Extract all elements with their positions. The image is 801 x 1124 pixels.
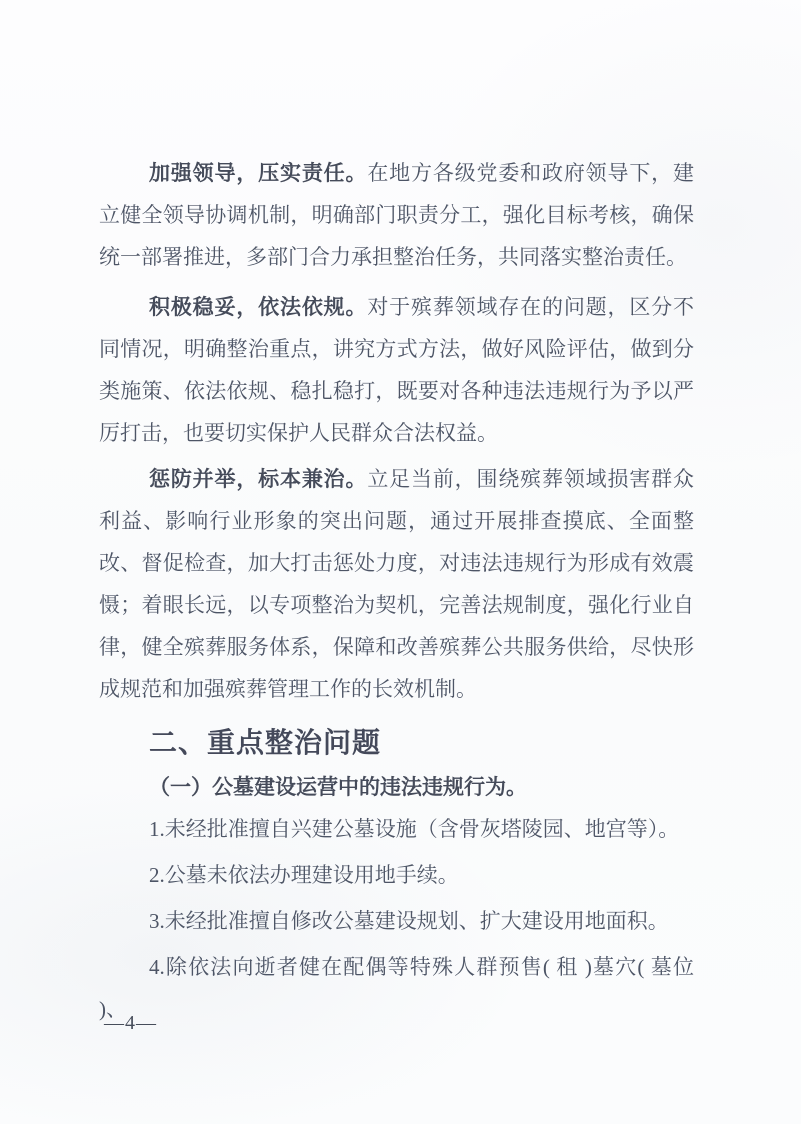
paragraph-lead: 积极稳妥，依法依规。 xyxy=(149,295,367,319)
paragraph-proactive-lawful: 积极稳妥，依法依规。对于殡葬领域存在的问题，区分不同情况，明确整治重点，讲究方式… xyxy=(99,286,694,454)
list-item-4: 4.除依法向逝者健在配偶等特殊人群预售( 租 )墓穴( 墓位 )、 xyxy=(99,946,694,1030)
paragraph-lead: 加强领导，压实责任。 xyxy=(149,161,367,185)
list-item-1: 1.未经批准擅自兴建公墓设施（含骨灰塔陵园、地宫等）。 xyxy=(99,808,694,850)
document-body: 加强领导，压实责任。在地方各级党委和政府领导下，建立健全领导协调机制，明确部门职… xyxy=(99,152,694,1034)
subsection-heading-cemetery-violations: （一）公墓建设运营中的违法违规行为。 xyxy=(99,766,694,808)
list-item-2: 2.公墓未依法办理建设用地手续。 xyxy=(99,854,694,896)
list-item-3: 3.未经批准擅自修改公墓建设规划、扩大建设用地面积。 xyxy=(99,900,694,942)
paragraph-text: 立足当前，围绕殡葬领域损害群众利益、影响行业形象的突出问题，通过开展排查摸底、全… xyxy=(99,467,694,701)
paragraph-punish-prevent: 惩防并举，标本兼治。立足当前，围绕殡葬领域损害群众利益、影响行业形象的突出问题，… xyxy=(99,458,694,710)
paragraph-strengthen-leadership: 加强领导，压实责任。在地方各级党委和政府领导下，建立健全领导协调机制，明确部门职… xyxy=(99,152,694,278)
section-heading-key-issues: 二、重点整治问题 xyxy=(99,720,694,766)
paragraph-lead: 惩防并举，标本兼治。 xyxy=(149,467,367,491)
document-page: 加强领导，压实责任。在地方各级党委和政府领导下，建立健全领导协调机制，明确部门职… xyxy=(0,0,801,1124)
page-number: —4— xyxy=(104,1008,157,1038)
